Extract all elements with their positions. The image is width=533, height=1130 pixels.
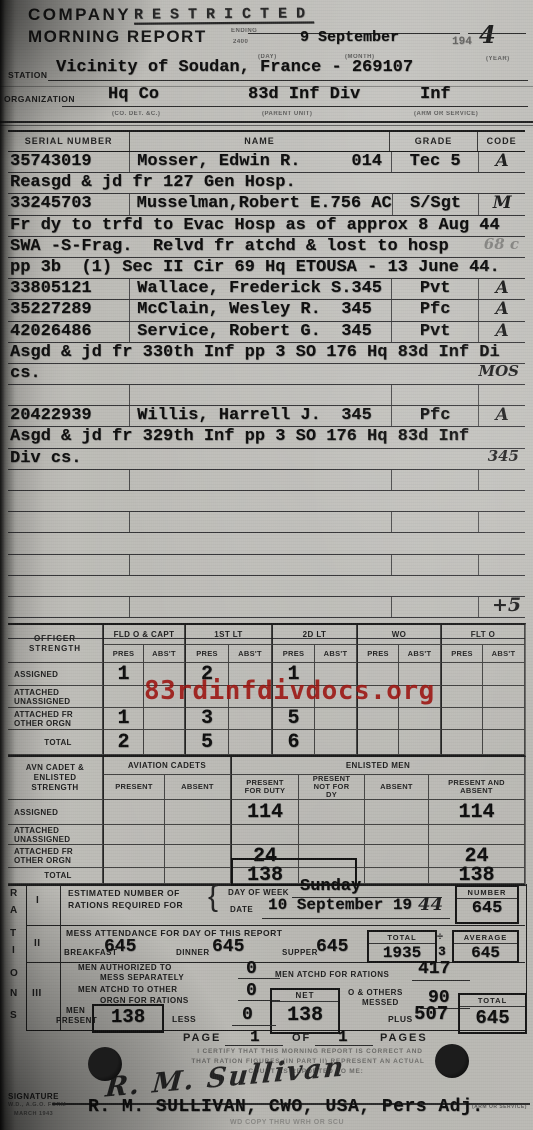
- abst-header: ABS'T: [315, 645, 357, 663]
- rations-label: RATIONS REQUIRED FOR: [68, 900, 183, 910]
- pages-number: 1: [338, 1028, 348, 1046]
- code-cell: M: [479, 194, 525, 214]
- name-cell: Service, Robert G. 345: [130, 322, 392, 342]
- roster-table: SERIAL NUMBER NAME GRADE CODE 35743019 M…: [8, 130, 525, 639]
- signature-label: SIGNATURE: [8, 1092, 59, 1101]
- others-messed-label1: O & OTHERS: [348, 988, 403, 997]
- mess-total-label: TOTAL: [369, 932, 435, 944]
- serial-cell: 35743019: [8, 152, 130, 172]
- table-row: Fr dy to trfd to Evac Hosp as of approx …: [8, 216, 525, 237]
- remark-cell: Asgd & jd fr 330th Inf pp 3 SO 176 Hq 83…: [8, 343, 525, 363]
- year-handwritten: 4: [479, 20, 496, 49]
- of-label: OF: [292, 1032, 311, 1044]
- archive-watermark: 83rdinfdivdocs.org: [144, 676, 435, 706]
- table-row: cs. MOS: [8, 364, 525, 385]
- row-label: TOTAL: [8, 868, 103, 884]
- grade-cell: S/Sgt: [393, 194, 480, 214]
- serial-cell: 42026486: [8, 322, 130, 342]
- grade-cell: Pvt: [392, 322, 479, 342]
- brace: {: [208, 880, 218, 914]
- column-group-header: 2D LT: [272, 625, 357, 645]
- mess-separately-value: 0: [246, 959, 257, 979]
- page-number: 1: [250, 1028, 260, 1046]
- table-row: [8, 512, 525, 533]
- serial-cell: 33245703: [8, 194, 130, 214]
- code-cell: A: [479, 279, 525, 299]
- name-cell: Musselman,Robert E.756 AC: [130, 194, 393, 214]
- value-cell: 5: [185, 730, 229, 755]
- code-column-header: CODE: [478, 132, 525, 151]
- column-group-header: AVIATION CADETS: [103, 757, 231, 775]
- rations-label: ESTIMATED NUMBER OF: [68, 888, 180, 898]
- remark-cell: cs.: [8, 364, 525, 384]
- atchd-other-label1: MEN ATCHD TO OTHER: [78, 985, 178, 994]
- pages-label: PAGES: [380, 1032, 428, 1044]
- abst-header: ABS'T: [399, 645, 441, 663]
- date-label: DATE: [230, 905, 253, 914]
- less-value: 0: [242, 1005, 253, 1025]
- year-sublabel: (YEAR): [486, 56, 510, 62]
- table-row: [8, 576, 525, 597]
- margin-letter: T: [10, 928, 17, 939]
- value-cell: 6: [272, 730, 315, 755]
- row-label: TOTAL: [8, 730, 103, 755]
- table-row: SWA -S-Frag. Relvd fr atchd & lost to ho…: [8, 237, 525, 258]
- row-label: ATTACHED UNASSIGNED: [8, 686, 103, 708]
- margin-letter: O: [10, 968, 18, 979]
- ending-time: 2400: [233, 39, 248, 45]
- rations-total-label: TOTAL: [460, 995, 525, 1007]
- table-row: Reasgd & jd fr 127 Gen Hosp.: [8, 173, 525, 194]
- average-value: 645: [454, 944, 517, 962]
- table-row: [8, 555, 525, 576]
- grade-cell: Pfc: [392, 300, 479, 320]
- abst-header: ABS'T: [144, 645, 185, 663]
- remark-cell: Reasgd & jd fr 127 Gen Hosp.: [8, 173, 525, 193]
- margin-letter: S: [10, 1010, 17, 1021]
- roster-header-row: SERIAL NUMBER NAME GRADE CODE: [8, 130, 525, 152]
- mess-separately-label1: MEN AUTHORIZED TO: [78, 963, 172, 972]
- men-present-value: 138: [111, 1006, 145, 1028]
- organization-unit: Hq Co: [108, 85, 159, 104]
- column-group-header: 1ST LT: [185, 625, 272, 645]
- code-cell: A: [479, 300, 525, 320]
- value-cell: 114: [231, 800, 299, 825]
- men-present-box: 138: [92, 1004, 164, 1033]
- signature-sublabel: (ARM OR SERVICE): [472, 1104, 527, 1110]
- pres-header: PRES: [185, 645, 229, 663]
- rations-date-hand: 44: [418, 894, 443, 915]
- pres-header: PRES: [441, 645, 483, 663]
- pres-header: PRES: [103, 645, 144, 663]
- name-cell: Mosser, Edwin R. 014: [130, 152, 392, 172]
- margin-letter: N: [10, 988, 18, 999]
- table-row: [8, 491, 525, 512]
- serial-cell: 33805121: [8, 279, 130, 299]
- others-messed-label2: MESSED: [362, 998, 399, 1007]
- punch-hole-right: [435, 1044, 469, 1078]
- form-title-line1: COMPANY: [28, 5, 131, 25]
- value-cell: 138: [429, 868, 525, 884]
- organization-arm: Inf: [420, 85, 451, 104]
- number-box: NUMBER 645: [455, 885, 519, 924]
- report-date: 9 September: [300, 29, 399, 46]
- value-cell: 2: [103, 730, 144, 755]
- grade-cell: Pfc: [392, 406, 479, 426]
- net-label: NET: [272, 990, 338, 1002]
- remark-cell: Div cs.: [8, 449, 525, 469]
- number-box-value: 645: [457, 899, 517, 918]
- serial-column-header: SERIAL NUMBER: [8, 132, 130, 151]
- mess-attendance-title: MESS ATTENDANCE FOR DAY OF THIS REPORT: [66, 928, 282, 938]
- remark-cell: Asgd & jd fr 329th Inf pp 3 SO 176 Hq 83…: [8, 427, 525, 447]
- arm-sublabel: (ARM OR SERVICE): [414, 111, 478, 117]
- table-row: 35743019 Mosser, Edwin R. 014 Tec 5 A: [8, 152, 525, 173]
- plus-label: PLUS: [388, 1014, 413, 1024]
- column-group-header: ENLISTED MEN: [231, 757, 525, 775]
- station-value: Vicinity of Soudan, France - 269107: [56, 58, 413, 77]
- margin-tally-note: +5: [492, 594, 521, 616]
- table-row: pp 3b (1) Sec II Cir 69 Hq ETOUSA - 13 J…: [8, 258, 525, 279]
- value-cell: 3: [185, 708, 229, 730]
- column-header: ABSENT: [165, 775, 231, 800]
- officer-table-title: OFFICER STRENGTH: [8, 625, 103, 663]
- table-row: 33805121 Wallace, Frederick S.345 Pvt A: [8, 279, 525, 300]
- value-cell: 5: [272, 708, 315, 730]
- page-label: PAGE: [183, 1032, 221, 1044]
- column-header: PRESENT FOR DUTY: [231, 775, 299, 800]
- form-title-line2: MORNING REPORT: [28, 27, 207, 47]
- code-annotation: MOS: [478, 362, 519, 381]
- name-cell: Wallace, Frederick S.345: [130, 279, 392, 299]
- remark-cell: SWA -S-Frag. Relvd fr atchd & lost to ho…: [8, 237, 525, 257]
- atchd-for-rations-value: 417: [418, 959, 450, 979]
- code-cell: A: [479, 406, 525, 426]
- table-row: Asgd & jd fr 329th Inf pp 3 SO 176 Hq 83…: [8, 427, 525, 448]
- row-label: ATTACHED FR OTHER ORGN: [8, 708, 103, 730]
- code-cell: A: [479, 322, 525, 342]
- code-annotation: 345: [488, 447, 519, 466]
- table-row: 33245703 Musselman,Robert E.756 AC S/Sgt…: [8, 194, 525, 215]
- dinner-value: 645: [212, 937, 244, 957]
- column-header: PRESENT NOT FOR DY: [299, 775, 365, 800]
- name-cell: Willis, Harrell J. 345: [130, 406, 392, 426]
- pres-header: PRES: [357, 645, 399, 663]
- margin-letter: R: [10, 888, 18, 899]
- plus-value: 507: [414, 1003, 448, 1025]
- mess-separately-label2: MESS SEPARATELY: [100, 973, 184, 982]
- column-group-header: FLD O & CAPT: [103, 625, 185, 645]
- station-label: STATION: [8, 70, 48, 80]
- breakfast-value: 645: [104, 937, 136, 957]
- pres-header: PRES: [272, 645, 315, 663]
- column-header: PRESENT: [103, 775, 165, 800]
- rations-total-value: 645: [460, 1007, 525, 1029]
- year-printed: 194: [452, 36, 472, 48]
- average-box: AVERAGE 645: [452, 930, 519, 963]
- morning-report-document: COMPANY MORNING REPORT RESTRICTED ENDING…: [0, 0, 533, 1130]
- number-box-label: NUMBER: [457, 887, 517, 899]
- copy-routing-note: WD COPY THRU WRH OR SCU: [230, 1119, 344, 1126]
- row-label: ASSIGNED: [8, 663, 103, 686]
- atchd-other-value: 0: [246, 981, 257, 1001]
- day-of-week-value: Sunday: [300, 877, 361, 896]
- rations-total-box: TOTAL 645: [458, 993, 527, 1034]
- value-cell: 1: [103, 708, 144, 730]
- column-header: PRESENT AND ABSENT: [429, 775, 525, 800]
- table-row: 42026486 Service, Robert G. 345 Pvt A: [8, 322, 525, 343]
- supper-label: SUPPER: [282, 948, 318, 957]
- serial-cell: 35227289: [8, 300, 130, 320]
- table-row: Asgd & jd fr 330th Inf pp 3 SO 176 Hq 83…: [8, 343, 525, 364]
- code-cell: A: [479, 152, 525, 172]
- column-group-header: WO: [357, 625, 441, 645]
- average-label: AVERAGE: [454, 932, 517, 944]
- supper-value: 645: [316, 937, 348, 957]
- column-header: ABSENT: [365, 775, 429, 800]
- grade-column-header: GRADE: [390, 132, 478, 151]
- net-value: 138: [272, 1002, 338, 1027]
- table-row: 35227289 McClain, Wesley R. 345 Pfc A: [8, 300, 525, 321]
- table-row: [8, 385, 525, 406]
- table-row: Div cs. 345: [8, 449, 525, 470]
- section-numeral: II: [34, 938, 41, 949]
- organization-parent: 83d Inf Div: [248, 85, 360, 104]
- organization-label: ORGANIZATION: [4, 94, 75, 104]
- form-number-note: W.D., A.G.O. FORM: [8, 1102, 66, 1108]
- atchd-for-rations-label: MEN ATCHD FOR RATIONS: [275, 970, 389, 979]
- rations-date-value: 10 September 19: [268, 896, 412, 914]
- code-annotation: 68 c: [484, 235, 519, 254]
- dinner-label: DINNER: [176, 948, 210, 957]
- divide-sign: ÷: [437, 931, 444, 943]
- restricted-stamp: RESTRICTED: [134, 5, 314, 23]
- row-label: ATTACHED UNASSIGNED: [8, 825, 103, 845]
- remark-cell: Fr dy to trfd to Evac Hosp as of approx …: [8, 216, 525, 236]
- less-label: LESS: [172, 1014, 196, 1024]
- serial-cell: 20422939: [8, 406, 130, 426]
- name-cell: McClain, Wesley R. 345: [130, 300, 392, 320]
- table-row: 20422939 Willis, Harrell J. 345 Pfc A: [8, 406, 525, 427]
- remark-cell: pp 3b (1) Sec II Cir 69 Hq ETOUSA - 13 J…: [8, 258, 525, 278]
- parent-sublabel: (PARENT UNIT): [262, 111, 312, 117]
- table-row: [8, 470, 525, 491]
- value-cell: 1: [103, 663, 144, 686]
- signature-typed: R. M. SULLIVAN, CWO, USA, Pers Adj.: [88, 1097, 484, 1117]
- grade-cell: Pvt: [392, 279, 479, 299]
- punch-hole-left: [88, 1047, 122, 1081]
- grade-cell: Tec 5: [392, 152, 479, 172]
- section-numeral: III: [32, 988, 42, 999]
- abst-header: ABS'T: [229, 645, 272, 663]
- value-cell: 114: [429, 800, 525, 825]
- form-date-note: MARCH 1943: [14, 1111, 53, 1117]
- margin-letter: I: [12, 945, 15, 956]
- section-numeral: I: [36, 895, 39, 906]
- table-row: [8, 533, 525, 554]
- abst-header: ABS'T: [483, 645, 525, 663]
- net-box: NET 138: [270, 988, 340, 1034]
- table-row: [8, 597, 525, 618]
- margin-letter: A: [10, 905, 18, 916]
- divisor: 3: [438, 944, 446, 959]
- enlisted-table-title: AVN CADET & ENLISTED STRENGTH: [8, 757, 103, 800]
- column-group-header: FLT O: [441, 625, 525, 645]
- row-label: ASSIGNED: [8, 800, 103, 825]
- row-label: ATTACHED FR OTHER ORGN: [8, 845, 103, 868]
- men-present-label1: MEN: [66, 1006, 85, 1015]
- name-column-header: NAME: [130, 132, 389, 151]
- unit-sublabel: (CO. DET. &C.): [112, 111, 160, 117]
